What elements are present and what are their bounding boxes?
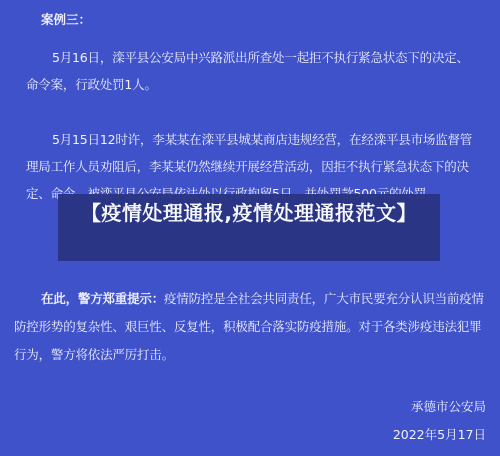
- signature-organization: 承德市公安局: [411, 397, 486, 415]
- case-summary-paragraph: 5月16日，滦平县公安局中兴路派出所查处一起拒不执行紧急状态下的决定、命令案，行…: [26, 44, 478, 98]
- signature-date: 2022年5月17日: [393, 425, 486, 443]
- case-heading: 案例三：: [41, 10, 91, 28]
- police-warning-paragraph: 在此，警方郑重提示：疫情防控是全社会共同责任，广大市民要充分认识当前疫情防控形势…: [14, 285, 490, 369]
- overlay-title: 【疫情处理通报,疫情处理通报范文】: [58, 194, 440, 227]
- warning-lead: 在此，警方郑重提示：: [41, 291, 164, 306]
- title-overlay: 【疫情处理通报,疫情处理通报范文】: [58, 194, 440, 261]
